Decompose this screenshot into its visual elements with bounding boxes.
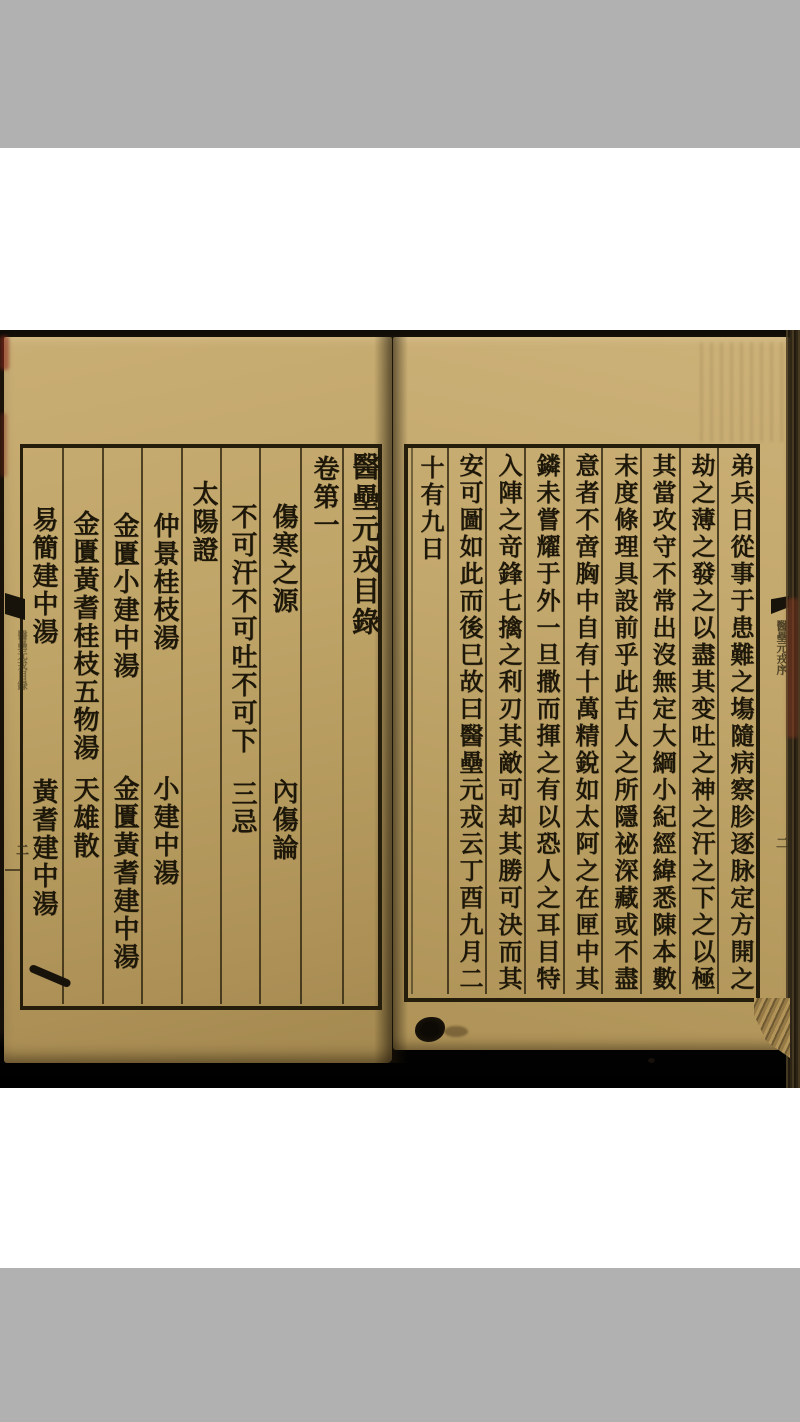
toc-entry: 天雄散 bbox=[67, 776, 97, 860]
toc-entry: 易簡建中湯 bbox=[26, 506, 56, 646]
toc-entry: 內傷論 bbox=[266, 778, 296, 862]
fold-running-title: 醫壘元戎目録 bbox=[1, 630, 25, 690]
preface-column: 劫之薄之發之以盡其变吐之神之汗之下之以極 bbox=[683, 453, 713, 993]
scan-viewer-stage: 醫壘元戎目錄 卷第一 傷寒之源 內傷論 不可汗不可吐不可下 三忌 太陽證 仲景桂… bbox=[0, 0, 800, 1422]
preface-column: 十有九日 bbox=[412, 455, 442, 563]
toc-entry: 傷寒之源 bbox=[266, 503, 296, 615]
column-rule bbox=[679, 448, 681, 994]
column-rule bbox=[447, 448, 449, 994]
preface-column: 入陣之竒鋒七擒之利刃其敵可却其勝可決而其 bbox=[490, 453, 520, 993]
fold-running-title: 醫壘元戎序 bbox=[763, 620, 787, 675]
column-rule bbox=[524, 448, 526, 994]
column-rule bbox=[601, 448, 603, 994]
folio-number: 二 bbox=[7, 843, 27, 856]
red-edge-stain bbox=[787, 598, 798, 738]
preface-column: 安可圖如此而後巳故曰醫壘元戎云丁酉九月二 bbox=[451, 453, 481, 993]
preface-column: 弟兵日從事于患難之塲隨病察胗逐脉定方開之 bbox=[722, 453, 752, 993]
toc-entry: 不可汗不可吐不可下 bbox=[225, 503, 255, 755]
column-rule bbox=[220, 448, 222, 1004]
column-rule bbox=[259, 448, 261, 1004]
toc-entry: 三忌 bbox=[225, 780, 255, 836]
toc-entry: 金匱小建中湯 bbox=[107, 512, 137, 680]
red-edge-stain bbox=[0, 413, 7, 477]
column-rule bbox=[563, 448, 565, 994]
toc-entry: 金匱黃耆建中湯 bbox=[107, 775, 137, 971]
column-rule bbox=[62, 448, 64, 1004]
preface-column: 鏻未嘗耀于外一旦撒而揮之有以恐人之耳目特 bbox=[528, 453, 558, 993]
preface-column: 末度條理具設前乎此古人之所隱祕深藏或不盡 bbox=[606, 453, 636, 993]
toc-entry: 太陽證 bbox=[186, 480, 216, 564]
preface-column: 其當攻守不常出沒無定大綱小紀經緯悉陳本數 bbox=[644, 453, 674, 993]
toc-title: 醫壘元戎目錄 bbox=[344, 452, 378, 638]
column-rule bbox=[485, 448, 487, 994]
toc-volume: 卷第一 bbox=[307, 455, 337, 539]
toc-entry: 小建中湯 bbox=[147, 775, 177, 887]
folio-number: 二 bbox=[767, 836, 787, 849]
preface-column: 意者不啻胸中自有十萬精銳如太阿之在匣中其 bbox=[567, 453, 597, 993]
ink-speck bbox=[648, 1058, 655, 1063]
bleedthrough-smudge bbox=[700, 342, 788, 442]
toc-entry: 黃耆建中湯 bbox=[26, 778, 56, 918]
red-edge-stain bbox=[0, 336, 9, 370]
fold-rule-mark bbox=[5, 869, 21, 871]
column-rule bbox=[640, 448, 642, 994]
toc-entry: 金匱黃耆桂枝五物湯 bbox=[67, 510, 97, 762]
column-rule bbox=[717, 448, 719, 994]
column-rule bbox=[102, 448, 104, 1004]
column-rule bbox=[181, 448, 183, 1004]
toc-entry: 仲景桂枝湯 bbox=[147, 512, 177, 652]
column-rule bbox=[300, 448, 302, 1004]
column-rule bbox=[141, 448, 143, 1004]
ink-blot-tail bbox=[444, 1026, 468, 1037]
